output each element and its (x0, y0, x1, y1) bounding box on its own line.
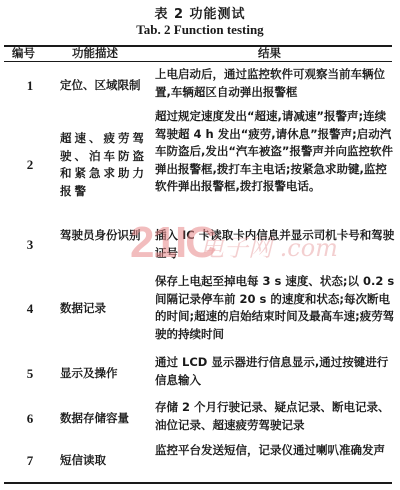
row-1-result: 上电启动后，通过监控软件可观察当前车辆位置,车辆超区自动弹出报警框 (155, 66, 395, 101)
row-4-result: 保存上电起至掉电每 3 s 速度、状态;以 0.2 s 间隔记录停车前 20 s… (155, 273, 395, 343)
row-6-function: 数据存储容量 (60, 410, 150, 428)
row-6-id: 6 (15, 410, 45, 428)
row-2-function: 超速、疲劳驾驶、泊车防盗和紧急求助力报警 (60, 130, 150, 200)
header-result: 结果 (258, 46, 281, 61)
row-5-function: 显示及操作 (60, 365, 150, 383)
row-4-function: 数据记录 (60, 300, 150, 318)
row-2-result: 超过规定速度发出“超速,请减速”报警声;连续驾驶超 4 h 发出“疲劳,请休息”… (155, 108, 395, 196)
row-2-id: 2 (15, 156, 45, 174)
row-4-id: 4 (15, 300, 45, 318)
header-rule (4, 61, 392, 62)
row-7-id: 7 (15, 452, 45, 470)
row-7-result: 监控平台发送短信，记录仪通过喇叭准确发声 (155, 442, 395, 460)
header-function: 功能描述 (72, 46, 118, 61)
row-3-id: 3 (15, 236, 45, 254)
row-1-id: 1 (15, 77, 45, 95)
row-1-function: 定位、区域限制 (60, 77, 150, 95)
header-id: 编号 (12, 46, 35, 61)
bottom-rule (4, 482, 392, 484)
table-caption-chinese: 表 2 功能测试 (0, 3, 400, 22)
row-3-function: 驾驶员身份识别 (60, 227, 150, 245)
table-caption-english: Tab. 2 Function testing (0, 22, 400, 38)
row-5-id: 5 (15, 365, 45, 383)
row-3-result: 插入 IC 卡读取卡内信息并显示司机卡号和驾驶证号 (155, 227, 395, 262)
row-5-result: 通过 LCD 显示器进行信息显示,通过按键进行信息输入 (155, 354, 395, 389)
row-7-function: 短信读取 (60, 452, 150, 470)
row-6-result: 存储 2 个月行驶记录、疑点记录、断电记录、油位记录、超速疲劳驾驶记录 (155, 399, 395, 434)
top-rule (4, 45, 392, 47)
